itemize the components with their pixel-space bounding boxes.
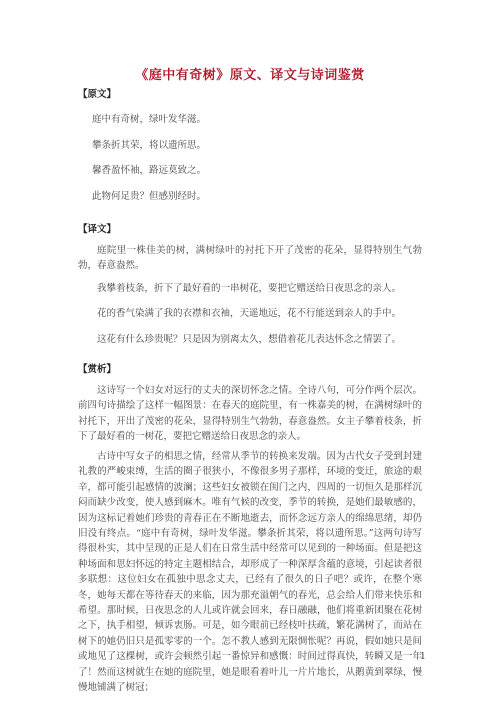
poem-line: 攀条折其荣，将以遗所思。	[92, 137, 206, 151]
poem-line: 馨香盈怀袖，路远莫致之。	[92, 162, 206, 176]
translation-paragraph: 花的香气染满了我的衣襟和衣袖，天遥地远，花不行能送到亲人的手中。	[78, 306, 422, 321]
page-number: 1	[420, 652, 426, 662]
document-title: 《庭中有奇树》原文、译文与诗词鉴赏	[0, 64, 500, 83]
section-heading-appreciation: 【赏析】	[78, 361, 116, 375]
section-heading-translation: 【译文】	[78, 221, 116, 235]
translation-paragraph: 这花有什么珍贵呢？只是因为别离太久，想借着花儿表达怀念之情罢了。	[78, 332, 422, 347]
section-heading-original: 【原文】	[78, 86, 116, 100]
poem-line: 庭中有奇树，绿叶发华滋。	[92, 111, 206, 125]
poem-line: 此物何足贵？但感别经时。	[92, 188, 206, 202]
translation-paragraph: 庭院里一株佳美的树，满树绿叶的衬托下开了茂密的花朵，显得特别生气勃勃，春意盎然。	[78, 243, 422, 274]
appreciation-paragraph: 古诗中写女子的相思之情，经常从季节的转换来发端。因为古代女子受到封建礼教的严峻束…	[78, 449, 422, 696]
appreciation-paragraph: 这诗写一个妇女对远行的丈夫的深切怀念之情。全诗八句，可分作两个层次。前四句诗描绘…	[78, 383, 422, 445]
translation-paragraph: 我攀着枝条，折下了最好看的一串树花，要把它赠送给日夜思念的亲人。	[78, 281, 422, 296]
